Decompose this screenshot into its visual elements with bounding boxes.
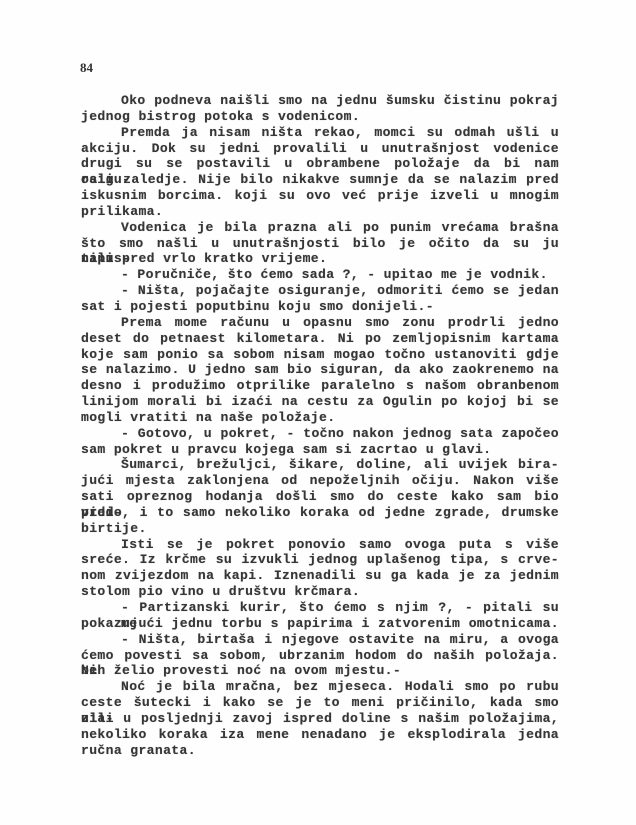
text-line: birtije.: [81, 521, 559, 537]
text-line: Oko podneva naišli smo na jednu šumsku č…: [81, 93, 559, 109]
text-line: jednog bistrog potoka s vodenicom.: [81, 109, 559, 125]
text-line: deset do petnaest kilometara. Ni po zeml…: [81, 331, 559, 347]
text-line: - Gotovo, u pokret, - točno nakon jednog…: [81, 426, 559, 442]
text-line: koje sam ponio sa sobom nisam mogao točn…: [81, 347, 559, 363]
text-line: vidio, i to samo nekoliko koraka od jedn…: [81, 505, 559, 521]
body-text: Oko podneva naišli smo na jednu šumsku č…: [81, 93, 559, 758]
text-line: linijom morali bi izaći na cestu za Ogul…: [81, 394, 559, 410]
text-line: Premda ja nisam ništa rekao, momci su od…: [81, 125, 559, 141]
text-line: Prema mome računu u opasnu smo zonu prod…: [81, 315, 559, 331]
text-line: ceste šutecki i kako se je to meni priči…: [81, 695, 559, 711]
text-line: Vodenica je bila prazna ali po punim vre…: [81, 220, 559, 236]
text-line: Noć je bila mračna, bez mjeseca. Hodali …: [81, 679, 559, 695]
text-line: iskusnim borcima. koji su ovo već prije …: [81, 188, 559, 204]
text-line: - Partizanski kurir, što ćemo s njim ?, …: [81, 600, 559, 616]
text-line: zili u posljednji zavoj ispred doline s …: [81, 711, 559, 727]
text-line: pokazujući jednu torbu s papirima i zatv…: [81, 616, 559, 632]
text-line: akciju. Dok su jedni provalili u unutraš…: [81, 141, 559, 157]
text-line: bih želio provesti noć na ovom mjestu.-: [81, 663, 559, 679]
text-line: prilikama.: [81, 204, 559, 220]
text-line: što smo našli u unutrašnjosti bilo je oč…: [81, 236, 559, 252]
document-page: 84 Oko podneva naišli smo na jednu šumsk…: [0, 0, 636, 825]
text-line: sam pokret u pravcu kojega sam si zacrta…: [81, 442, 559, 458]
text-line: drugi su se postavili u obrambene položa…: [81, 156, 559, 172]
text-line: Šumarci, brežuljci, šikare, doline, ali …: [81, 457, 559, 473]
text-line: se nalazimo. U jedno sam bio siguran, da…: [81, 362, 559, 378]
text-line: mogli vratiti na naše položaje.: [81, 410, 559, 426]
text-line: sat i pojesti poputbinu koju smo donijel…: [81, 299, 559, 315]
text-line: - Ništa, pojačajte osiguranje, odmoriti …: [81, 283, 559, 299]
text-line: nekoliko koraka iza mene nenadano je eks…: [81, 727, 559, 743]
text-line: rali zaledje. Nije bilo nikakve sumnje d…: [81, 172, 559, 188]
text-line: stolom pio vino u društvu krčmara.: [81, 584, 559, 600]
text-line: tili pred vrlo kratko vrijeme.: [81, 251, 559, 267]
text-line: Isti se je pokret ponovio samo ovoga put…: [81, 537, 559, 553]
text-line: sati opreznog hodanja došli smo do ceste…: [81, 489, 559, 505]
text-line: ćemo povesti sa sobom, ubrzanim hodom do…: [81, 648, 559, 664]
text-line: nom zvijezdom na kapi. Iznenadili su ga …: [81, 568, 559, 584]
text-line: - Poručniče, što ćemo sada ?, - upitao m…: [81, 267, 559, 283]
text-line: ručna granata.: [81, 743, 559, 759]
page-number: 84: [80, 60, 93, 76]
text-line: - Ništa, birtaša i njegove ostavite na m…: [81, 632, 559, 648]
text-line: desno i produžimo otprilike paralelno s …: [81, 378, 559, 394]
text-line: sreće. Iz krčme su izvukli jednog uplaše…: [81, 552, 559, 568]
text-line: jući mjesta zaklonjena od nepoželjnih oč…: [81, 473, 559, 489]
